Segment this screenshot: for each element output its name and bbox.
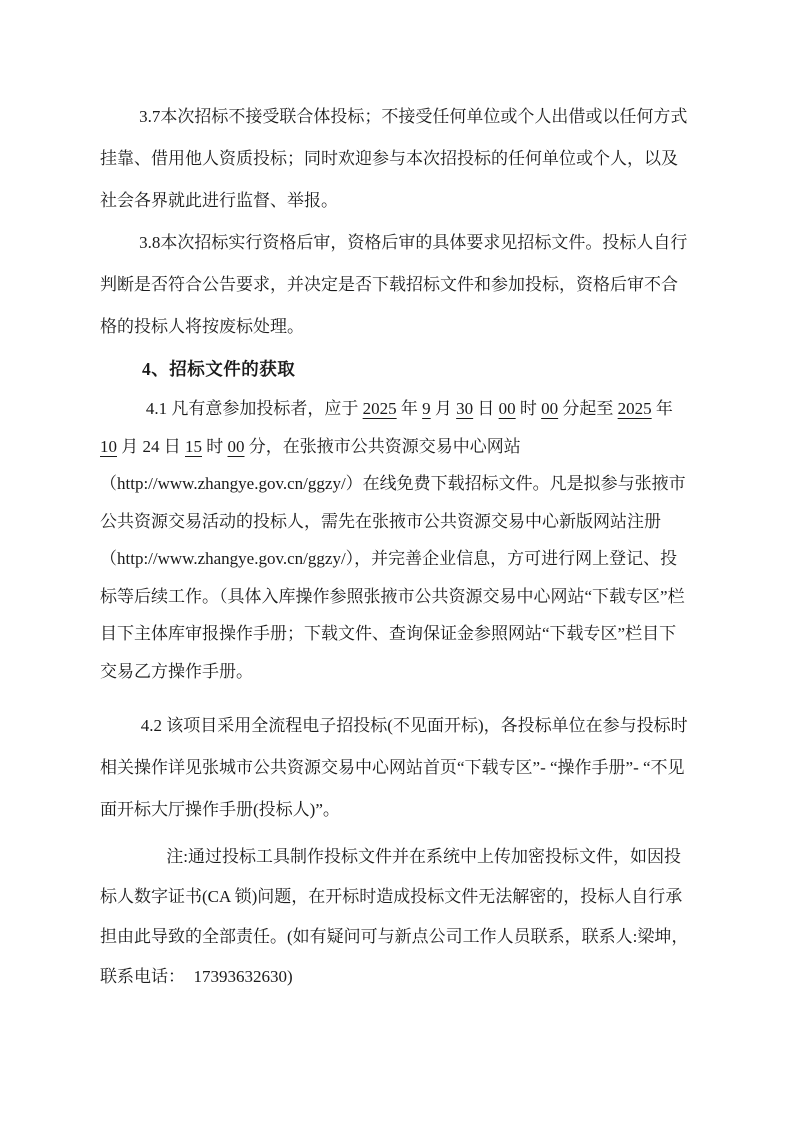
text-run: 年 — [397, 399, 423, 418]
underlined-value: 15 — [185, 437, 202, 456]
text-run: 日 — [473, 399, 499, 418]
underlined-value: 2025 — [363, 399, 397, 418]
text-run: 3.7本次招标不接受联合体投标；不接受任何单位或个人出借或以任何方式挂靠、借用他… — [100, 107, 687, 210]
text-run: 时 — [516, 399, 542, 418]
text-run: 分起至 — [558, 399, 618, 418]
text-run: 4、招标文件的获取 — [142, 359, 295, 379]
clause-4-1: 4.1 凡有意参加投标者，应于 2025 年 9 月 30 日 00 时 00 … — [100, 390, 692, 690]
text-run: 分，在张掖市公共资源交易中心网站 — [245, 437, 521, 456]
document-page: 3.7本次招标不接受联合体投标；不接受任何单位或个人出借或以任何方式挂靠、借用他… — [0, 0, 793, 1122]
underlined-value: 00 — [541, 399, 558, 418]
url-text: （http://www.zhangye.gov.cn/ggzy/） — [100, 549, 354, 568]
underlined-value: 9 — [422, 399, 431, 418]
url-text: （http://www.zhangye.gov.cn/ggzy/） — [100, 474, 363, 493]
text-run: 时 — [202, 437, 228, 456]
text-run: 3.8本次招标实行资格后审，资格后审的具体要求见招标文件。投标人自行判断是否符合… — [100, 233, 687, 336]
clause-3-7: 3.7本次招标不接受联合体投标；不接受任何单位或个人出借或以任何方式挂靠、借用他… — [100, 96, 692, 222]
text-run: 月 24 日 — [117, 437, 185, 456]
clause-3-8: 3.8本次招标实行资格后审，资格后审的具体要求见招标文件。投标人自行判断是否符合… — [100, 222, 692, 348]
text-run: ，并完善企业信息，方可进行网上登记、投标等后续工作。（具体入库操作参照张掖市公共… — [100, 549, 685, 681]
section-4-heading: 4、招标文件的获取 — [100, 348, 692, 390]
underlined-value: 2025 — [618, 399, 652, 418]
note: 注:通过投标工具制作投标文件并在系统中上传加密投标文件，如因投标人数字证书(CA… — [100, 837, 692, 997]
underlined-value: 00 — [499, 399, 516, 418]
text-run: 月 — [431, 399, 457, 418]
document-body: 3.7本次招标不接受联合体投标；不接受任何单位或个人出借或以任何方式挂靠、借用他… — [100, 96, 692, 997]
clause-4-2: 4.2 该项目采用全流程电子招投标(不见面开标)，各投标单位在参与投标时相关操作… — [100, 705, 692, 831]
underlined-value: 30 — [456, 399, 473, 418]
text-run: 4.2 该项目采用全流程电子招投标(不见面开标)，各投标单位在参与投标时相关操作… — [100, 716, 688, 819]
text-run: 4.1 凡有意参加投标者，应于 — [146, 399, 363, 418]
underlined-value: 10 — [100, 437, 117, 456]
underlined-value: 00 — [228, 437, 245, 456]
text-run: 年 — [652, 399, 673, 418]
text-run: 注:通过投标工具制作投标文件并在系统中上传加密投标文件，如因投标人数字证书(CA… — [100, 847, 688, 986]
